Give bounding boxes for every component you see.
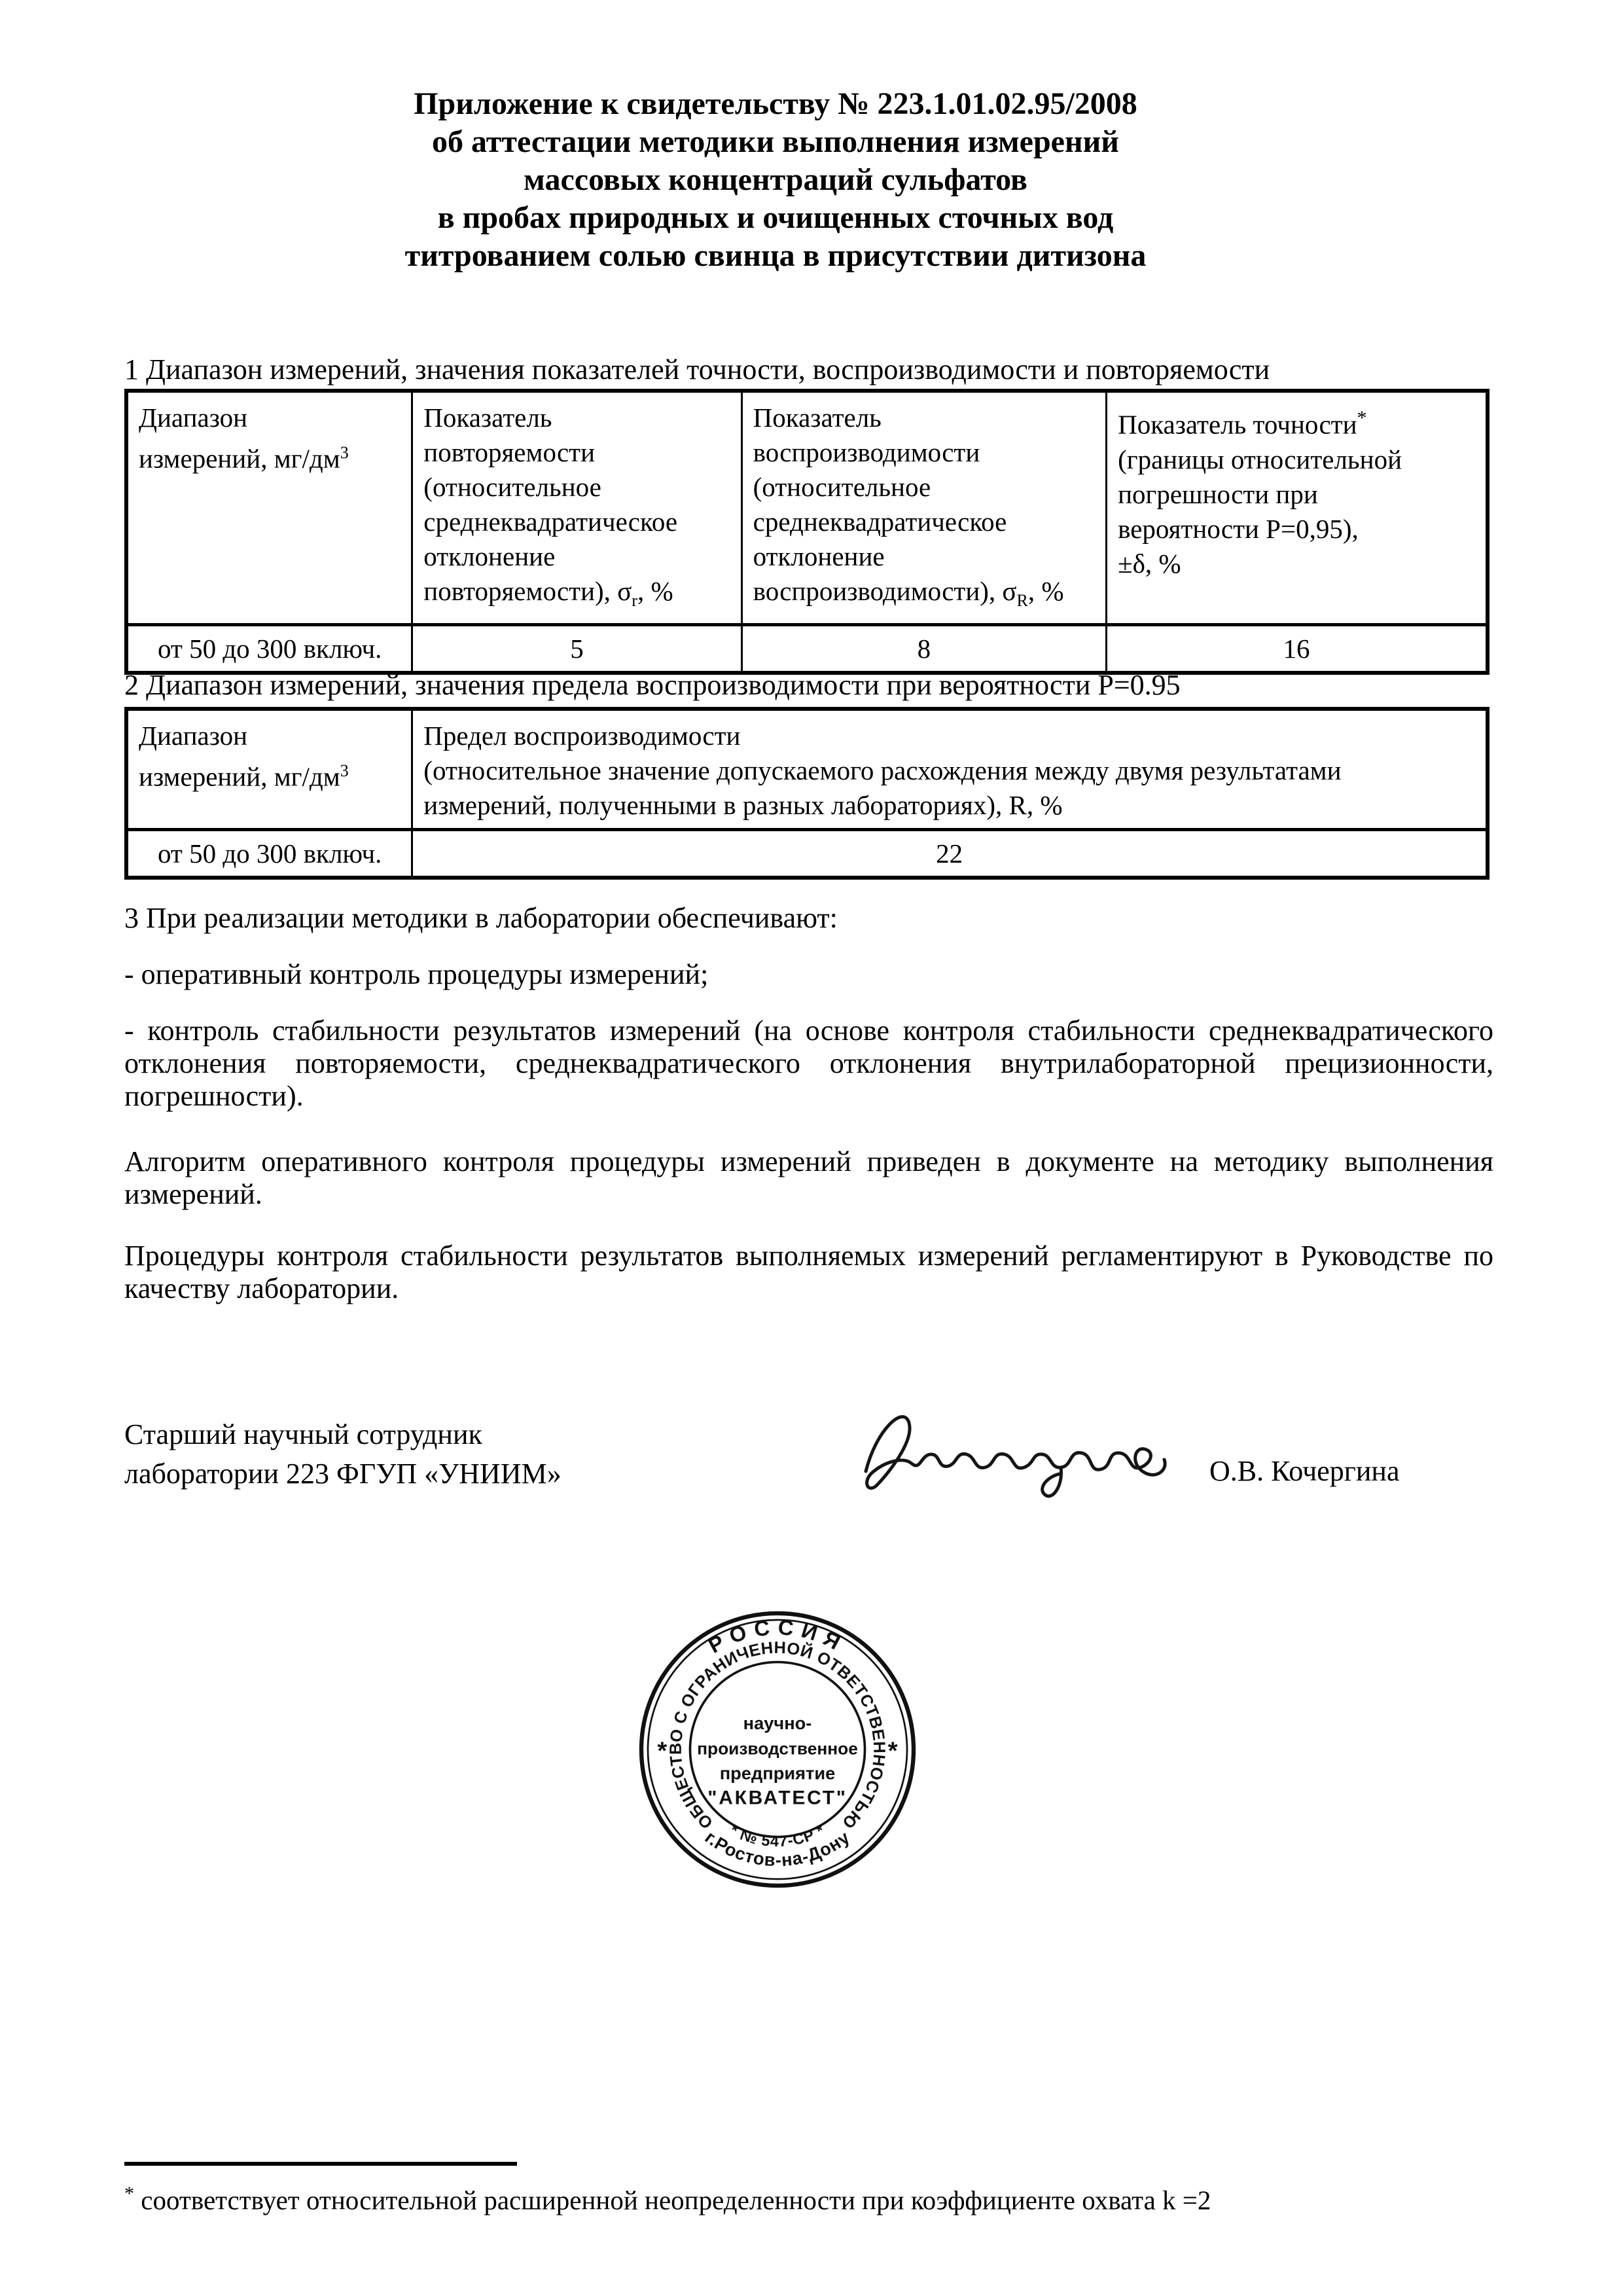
t1-repro-suffix: , % [1028, 576, 1064, 606]
section1-heading: 1 Диапазон измерений, значения показател… [124, 353, 1525, 386]
t1-rep-suffix: , % [637, 576, 673, 606]
document-title: Приложение к свидетельству № 223.1.01.02… [124, 85, 1427, 275]
signatory-role-line2: лаборатории 223 ФГУП «УНИИМ» [124, 1454, 562, 1494]
t1-accuracy-line1: Показатель точности* [1118, 401, 1475, 442]
t1-reproducibility-value: 8 [741, 625, 1106, 673]
t1-header-range-line2: измерений, мг/дм3 [139, 435, 401, 476]
precision-table-data-row: от 50 до 300 включ. 5 8 16 [126, 625, 1488, 673]
round-company-stamp: РОССИЯ ОБЩЕСТВО С ОГРАНИЧЕННОЙ ОТВЕТСТВЕ… [635, 1607, 920, 1892]
t2-range-units: измерений, мг/дм [139, 762, 340, 792]
signatory-role-line1: Старший научный сотрудник [124, 1415, 562, 1454]
stamp-center-text: научно- производственное предприятие "АК… [697, 1713, 858, 1808]
t2-header-limit: Предел воспроизводимости (относительное … [412, 709, 1488, 830]
limit-table-data-row: от 50 до 300 включ. 22 [126, 830, 1488, 878]
footnote-asterisk: * [1357, 407, 1367, 429]
svg-text:производственное: производственное [697, 1738, 858, 1758]
t1-accuracy-title: Показатель точности [1118, 410, 1357, 440]
stamp-asterisk-left: * [657, 1737, 667, 1765]
superscript-3: 3 [340, 761, 349, 780]
t1-accuracy-value: 16 [1107, 625, 1488, 673]
t1-header-reproducibility: Показатель воспроизводимости (относитель… [741, 391, 1106, 625]
superscript-3: 3 [340, 443, 349, 462]
t2-range-value: от 50 до 300 включ. [126, 830, 412, 878]
paragraph-procedures: Процедуры контроля стабильности результа… [124, 1240, 1493, 1305]
t2-header-range-line2: измерений, мг/дм3 [139, 753, 401, 795]
svg-text:предприятие: предприятие [720, 1763, 836, 1783]
bullet-stability-control: - контроль стабильности результатов изме… [124, 1014, 1493, 1113]
t1-header-accuracy: Показатель точности* (границы относитель… [1107, 391, 1488, 625]
footnote-marker: * [124, 2183, 134, 2204]
t2-header-range: Диапазон измерений, мг/дм3 [126, 709, 412, 830]
t1-range-units: измерений, мг/дм [139, 444, 340, 474]
t2-limit-value: 22 [412, 830, 1488, 878]
precision-table-header-row: Диапазон измерений, мг/дм3 Показатель по… [126, 391, 1488, 625]
signatory-role: Старший научный сотрудник лаборатории 22… [124, 1415, 562, 1494]
t2-limit-lines: Предел воспроизводимости (относительное … [423, 719, 1475, 823]
t1-range-value: от 50 до 300 включ. [126, 625, 412, 673]
svg-text:научно-: научно- [743, 1713, 812, 1733]
t1-repeatability-symbol-line: повторяемости), σr, % [423, 574, 730, 618]
precision-table: Диапазон измерений, мг/дм3 Показатель по… [124, 389, 1489, 675]
document-page: Приложение к свидетельству № 223.1.01.02… [0, 0, 1623, 2296]
t1-header-range-line1: Диапазон [139, 401, 401, 435]
handwritten-signature [847, 1394, 1181, 1518]
sigma-symbol: σ [617, 576, 632, 606]
t1-repro-prefix: воспроизводимости), [753, 576, 1003, 606]
t1-reproducibility-lines: Показатель воспроизводимости (относитель… [753, 401, 1095, 574]
footnote-body: соответствует относительной расширенной … [141, 2185, 1211, 2215]
t1-header-range: Диапазон измерений, мг/дм3 [126, 391, 412, 625]
limit-table-header-row: Диапазон измерений, мг/дм3 Предел воспро… [126, 709, 1488, 830]
t2-header-range-line1: Диапазон [139, 719, 401, 753]
section3-heading: 3 При реализации методики в лаборатории … [124, 902, 1493, 935]
reproducibility-limit-table: Диапазон измерений, мг/дм3 Предел воспро… [124, 707, 1489, 880]
t1-accuracy-lines: (границы относительной погрешности при в… [1118, 442, 1475, 581]
t1-repeatability-value: 5 [412, 625, 741, 673]
signatory-name: О.В. Кочергина [1209, 1454, 1399, 1488]
bullet-operative-control: - оперативный контроль процедуры измерен… [124, 958, 1493, 991]
subscript-r: r [632, 591, 637, 610]
paragraph-algorithm: Алгоритм оперативного контроля процедуры… [124, 1145, 1493, 1211]
footnote-text: * соответствует относительной расширенно… [124, 2178, 1493, 2216]
t1-reproducibility-symbol-line: воспроизводимости), σR, % [753, 574, 1095, 618]
t1-rep-prefix: повторяемости), [423, 576, 617, 606]
sigma-symbol: σ [1002, 576, 1016, 606]
subscript-R: R [1017, 591, 1028, 610]
t1-repeatability-lines: Показатель повторяемости (относительное … [423, 401, 730, 574]
svg-text:"АКВАТЕСТ": "АКВАТЕСТ" [707, 1787, 847, 1809]
footnote-rule [124, 2162, 517, 2166]
section2-heading: 2 Диапазон измерений, значения предела в… [124, 669, 1525, 702]
t1-header-repeatability: Показатель повторяемости (относительное … [412, 391, 741, 625]
stamp-asterisk-right: * [888, 1737, 898, 1765]
